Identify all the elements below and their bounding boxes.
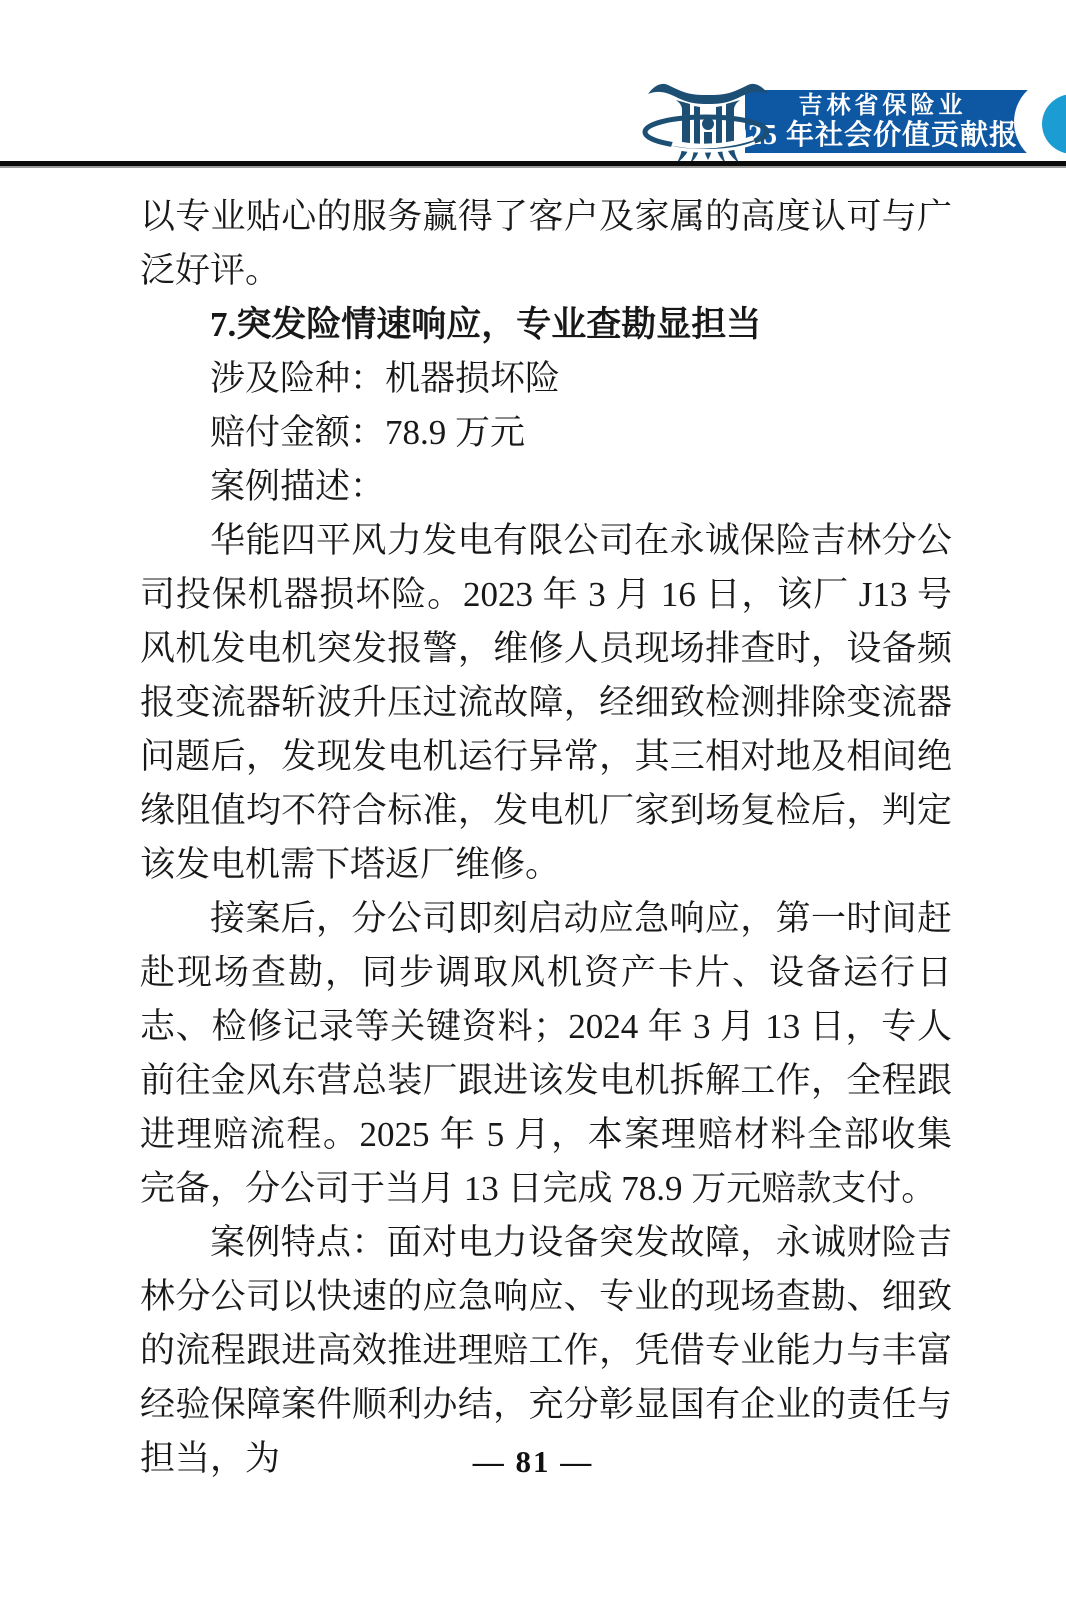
page-number: — 81 — bbox=[0, 1444, 1066, 1480]
header-divider-rule bbox=[0, 161, 1066, 168]
case-description-para1: 华能四平风力发电有限公司在永诚保险吉林分公司投保机器损坏险。2023 年 3 月… bbox=[140, 514, 952, 892]
report-org-title: 吉林省保险业 bbox=[799, 92, 967, 120]
meta-case-desc-label: 案例描述： bbox=[140, 460, 952, 514]
meta-insurance-type: 涉及险种：机器损坏险 bbox=[140, 352, 952, 406]
paragraph-continuation: 以专业贴心的服务赢得了客户及家属的高度认可与广泛好评。 bbox=[140, 190, 952, 298]
case-description-para2: 接案后，分公司即刻启动应急响应，第一时间赶赴现场查勘，同步调取风机资产卡片、设备… bbox=[140, 892, 952, 1216]
page-header: 吉林省保险业 2025 年社会价值贡献报告 bbox=[0, 0, 1066, 168]
report-page: 吉林省保险业 2025 年社会价值贡献报告 bbox=[0, 0, 1066, 1600]
document-body: 以专业贴心的服务赢得了客户及家属的高度认可与广泛好评。 7.突发险情速响应，专业… bbox=[140, 190, 952, 1486]
jilin-gateway-logo-icon bbox=[642, 80, 774, 166]
meta-claim-amount: 赔付金额：78.9 万元 bbox=[140, 406, 952, 460]
section-heading: 7.突发险情速响应，专业查勘显担当 bbox=[140, 298, 952, 352]
